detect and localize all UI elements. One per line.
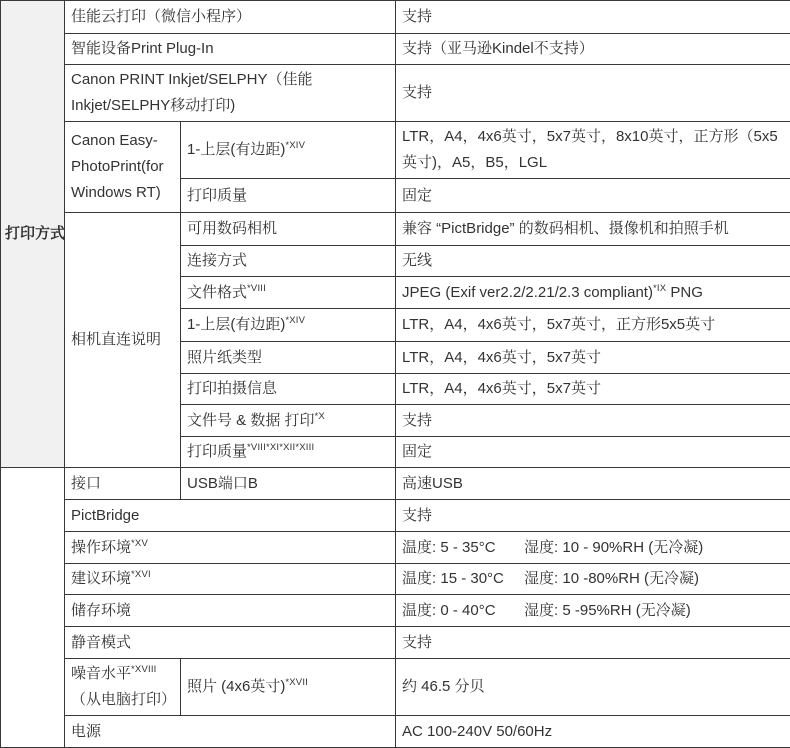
temperature-range: 温度: 15 - 30°C <box>402 566 524 592</box>
table-row: Canon PRINT Inkjet/SELPHY（佳能Inkjet/SELPH… <box>1 65 790 122</box>
cell-camera-direct-group-label: 相机直连说明 <box>65 213 181 468</box>
table-row: 相机直连说明 可用数码相机 兼容 “PictBridge” 的数码相机、摄像机和… <box>1 213 790 246</box>
temperature-range: 温度: 5 - 35°C <box>402 535 524 561</box>
cell-operating-env-value: 温度: 5 - 35°C湿度: 10 - 90%RH (无冷凝) <box>396 532 790 564</box>
footnote-ref: *IX <box>653 283 666 294</box>
cell-camera-available-label: 可用数码相机 <box>181 213 396 246</box>
footnote-ref: *XIV <box>285 315 305 326</box>
table-row: 噪音水平*XVIII （从电脑打印） 照片 (4x6英寸)*XVII 约 46.… <box>1 659 790 716</box>
cell-cloud-print-label: 佳能云打印（微信小程序） <box>65 1 396 34</box>
cell-file-format-value: JPEG (Exif ver2.2/2.21/2.3 compliant)*IX… <box>396 277 790 309</box>
cell-photo-paper-label: 照片纸类型 <box>181 342 396 374</box>
cell-epp-borders-label: 1-上层(有边距)*XIV <box>181 122 396 179</box>
row-header-label: 打印方式 <box>5 225 65 242</box>
cell-easy-photoprint-group-label: Canon Easy-PhotoPrint(for Windows RT) <box>65 122 181 213</box>
cell-interface-label: 接口 <box>65 468 181 500</box>
table-row: 储存环境 温度: 0 - 40°C湿度: 5 -95%RH (无冷凝) <box>1 595 790 627</box>
table-row: Canon Easy-PhotoPrint(for Windows RT) 1-… <box>1 122 790 179</box>
cell-recommended-env-label: 建议环境*XVI <box>65 564 396 595</box>
humidity-range: 湿度: 10 -80%RH (无冷凝) <box>524 570 699 587</box>
cell-camera-available-value: 兼容 “PictBridge” 的数码相机、摄像机和拍照手机 <box>396 213 790 246</box>
cell-power-value: AC 100-240V 50/60Hz <box>396 716 790 748</box>
cell-epp-quality-value: 固定 <box>396 179 790 213</box>
cell-canon-print-app-label: Canon PRINT Inkjet/SELPHY（佳能Inkjet/SELPH… <box>65 65 396 122</box>
cell-noise-level-sub: 照片 (4x6英寸)*XVII <box>181 659 396 716</box>
cell-operating-env-label: 操作环境*XV <box>65 532 396 564</box>
temperature-range: 温度: 0 - 40°C <box>402 598 524 624</box>
footnote-ref: *XVI <box>131 569 151 580</box>
cell-cloud-print-value: 支持 <box>396 1 790 34</box>
cell-power-label: 电源 <box>65 716 396 748</box>
footnote-ref: *VIII*XI*XII*XIII <box>247 442 314 453</box>
cell-quiet-mode-label: 静音模式 <box>65 627 396 659</box>
cell-cd-quality-value: 固定 <box>396 437 790 468</box>
cell-storage-env-label: 储存环境 <box>65 595 396 627</box>
cell-connection-label: 连接方式 <box>181 246 396 277</box>
footnote-ref: *XVIII <box>131 664 157 675</box>
footnote-ref: *XVII <box>285 677 308 688</box>
cell-noise-level-label: 噪音水平*XVIII （从电脑打印） <box>65 659 181 716</box>
cell-interface-value: 高速USB <box>396 468 790 500</box>
humidity-range: 湿度: 10 - 90%RH (无冷凝) <box>524 539 703 556</box>
table-row: 建议环境*XVI 温度: 15 - 30°C湿度: 10 -80%RH (无冷凝… <box>1 564 790 595</box>
table-row: 打印方式 佳能云打印（微信小程序） 支持 <box>1 1 790 34</box>
printer-spec-table: 打印方式 佳能云打印（微信小程序） 支持 智能设备Print Plug-In 支… <box>0 0 790 748</box>
cell-storage-env-value: 温度: 0 - 40°C湿度: 5 -95%RH (无冷凝) <box>396 595 790 627</box>
cell-epp-quality-label: 打印质量 <box>181 179 396 213</box>
row-header-empty <box>1 468 65 748</box>
cell-quiet-mode-value: 支持 <box>396 627 790 659</box>
cell-cd-borders-value: LTR，A4，4x6英寸，5x7英寸，正方形5x5英寸 <box>396 309 790 342</box>
cell-canon-print-app-value: 支持 <box>396 65 790 122</box>
cell-noise-level-value: 约 46.5 分贝 <box>396 659 790 716</box>
table-row: 电源 AC 100-240V 50/60Hz <box>1 716 790 748</box>
table-row: 接口 USB端口B 高速USB <box>1 468 790 500</box>
cell-shooting-info-label: 打印拍摄信息 <box>181 374 396 405</box>
row-header-print-method: 打印方式 <box>1 1 65 468</box>
table-row: 操作环境*XV 温度: 5 - 35°C湿度: 10 - 90%RH (无冷凝) <box>1 532 790 564</box>
cell-file-number-label: 文件号 & 数据 打印*X <box>181 405 396 437</box>
table-row: 静音模式 支持 <box>1 627 790 659</box>
table-row: 智能设备Print Plug-In 支持（亚马逊Kindel不支持） <box>1 34 790 65</box>
humidity-range: 湿度: 5 -95%RH (无冷凝) <box>524 602 691 619</box>
cell-file-format-label: 文件格式*VIII <box>181 277 396 309</box>
noise-level-label-line2: （从电脑打印） <box>71 687 174 713</box>
cell-print-plugin-label: 智能设备Print Plug-In <box>65 34 396 65</box>
table-row: PictBridge 支持 <box>1 500 790 532</box>
cell-cd-borders-label: 1-上层(有边距)*XIV <box>181 309 396 342</box>
cell-shooting-info-value: LTR，A4，4x6英寸，5x7英寸 <box>396 374 790 405</box>
cell-cd-quality-label: 打印质量*VIII*XI*XII*XIII <box>181 437 396 468</box>
cell-photo-paper-value: LTR，A4，4x6英寸，5x7英寸 <box>396 342 790 374</box>
cell-recommended-env-value: 温度: 15 - 30°C湿度: 10 -80%RH (无冷凝) <box>396 564 790 595</box>
cell-connection-value: 无线 <box>396 246 790 277</box>
cell-print-plugin-value: 支持（亚马逊Kindel不支持） <box>396 34 790 65</box>
cell-pictbridge-value: 支持 <box>396 500 790 532</box>
footnote-ref: *VIII <box>247 283 266 294</box>
cell-epp-borders-value: LTR，A4，4x6英寸，5x7英寸，8x10英寸，正方形（5x5英寸)，A5，… <box>396 122 790 179</box>
cell-file-number-value: 支持 <box>396 405 790 437</box>
footnote-ref: *XV <box>131 538 148 549</box>
cell-pictbridge-label: PictBridge <box>65 500 396 532</box>
footnote-ref: *X <box>315 411 325 422</box>
cell-interface-sub: USB端口B <box>181 468 396 500</box>
footnote-ref: *XIV <box>285 140 305 151</box>
